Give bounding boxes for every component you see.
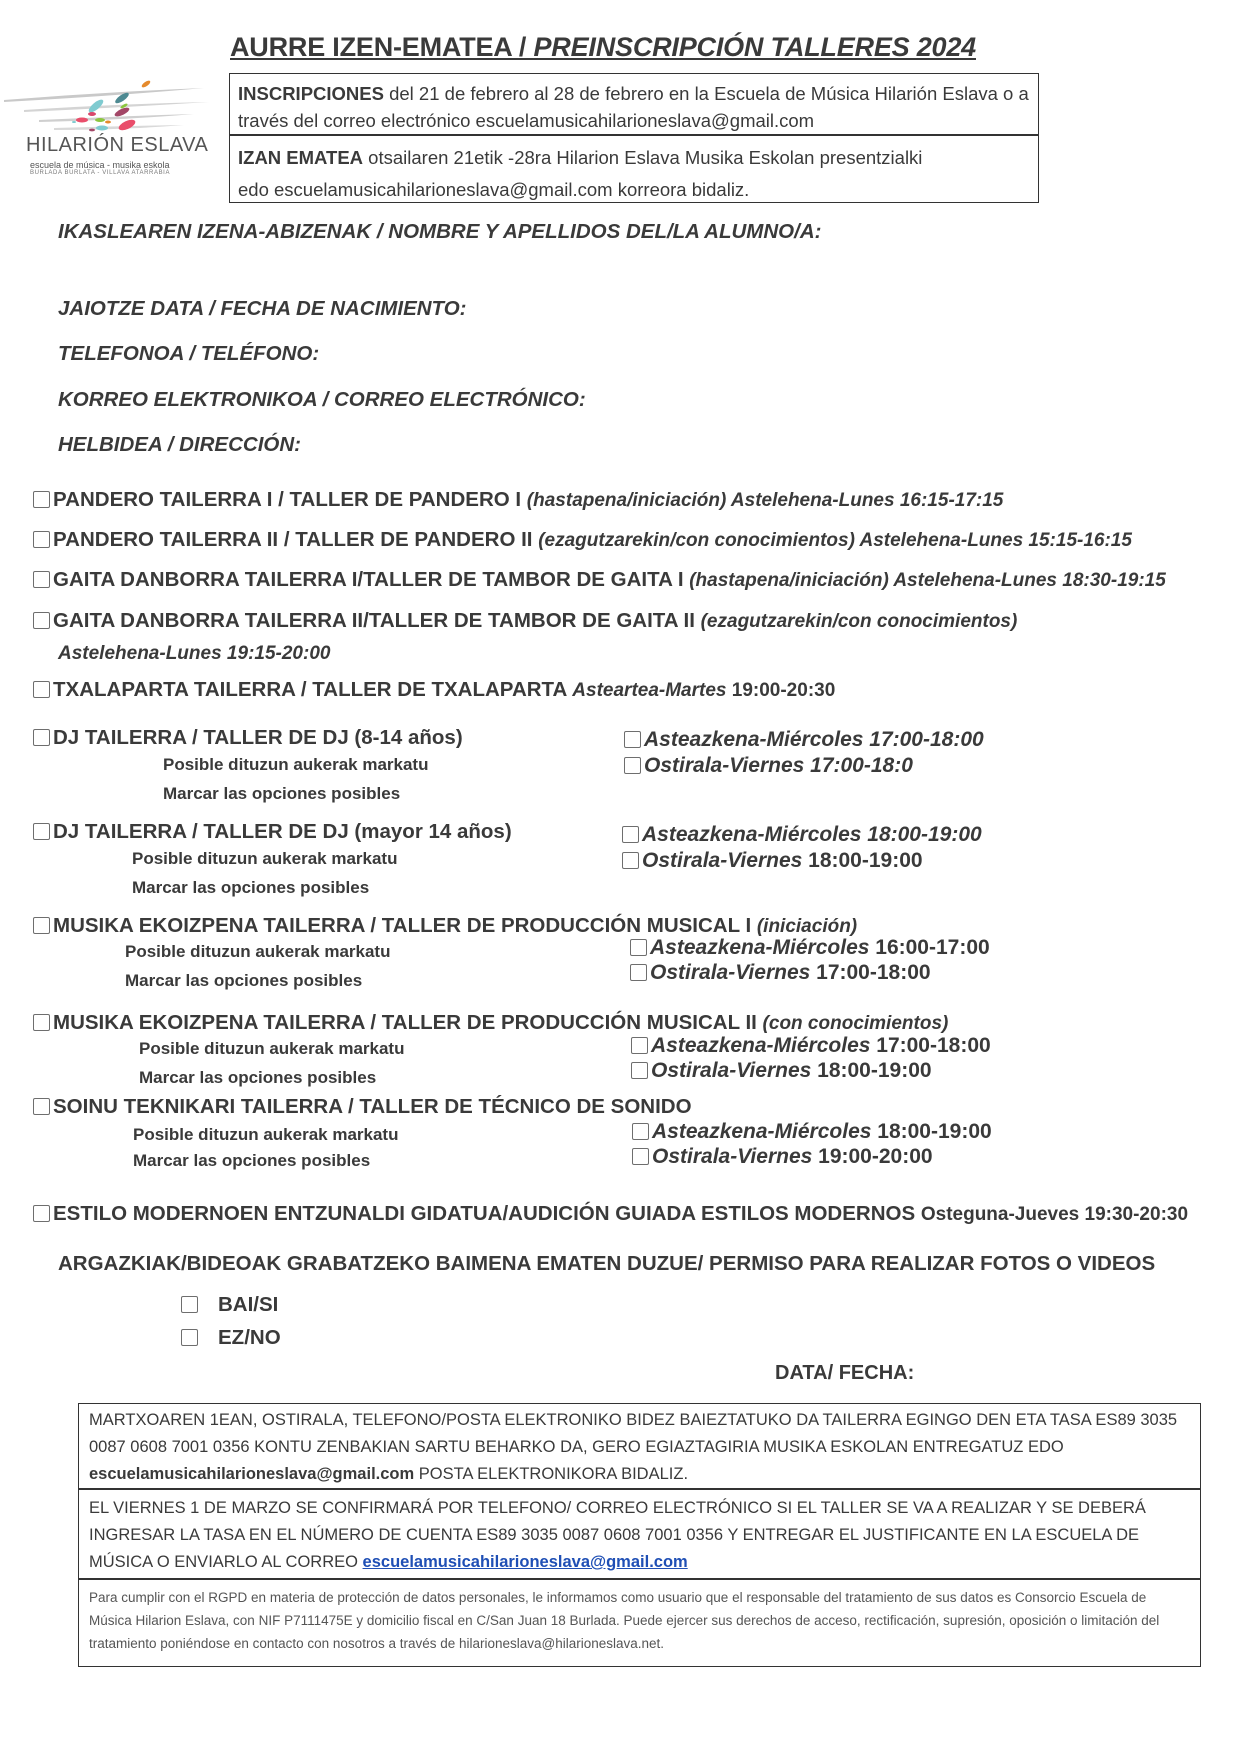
date-field[interactable]: DATA/ FECHA: <box>775 1362 914 1385</box>
checkbox[interactable] <box>33 571 50 588</box>
workshop-title: PANDERO TAILERRA II / TALLER DE PANDERO … <box>53 528 538 551</box>
logo-subtitle: escuela de música - musika eskola <box>30 160 170 170</box>
workshop-production-2: MUSIKA EKOIZPENA TAILERRA / TALLER DE PR… <box>33 1011 948 1035</box>
options-hint-basque: Posible dituzun aukerak markatu <box>163 755 428 775</box>
options-hint-spanish: Marcar las opciones posibles <box>125 971 362 991</box>
email-link[interactable]: escuelamusicahilarioneslava@gmail.com <box>363 1553 688 1571</box>
option-day: Asteazkena-Miércoles <box>650 936 869 959</box>
option-time: 17:00-18:00 <box>870 1034 990 1057</box>
birthdate-field[interactable]: JAIOTZE DATA / FECHA DE NACIMIENTO: <box>58 297 466 321</box>
checkbox[interactable] <box>630 939 647 956</box>
phone-field[interactable]: TELEFONOA / TELÉFONO: <box>58 342 319 366</box>
workshop-level: (hastapena/iniciación) <box>689 570 889 591</box>
workshop-title: PANDERO TAILERRA I / TALLER DE PANDERO I <box>53 488 527 511</box>
workshop-schedule: Astelehena-Lunes 19:15-20:00 <box>58 643 330 664</box>
option-day: Ostirala-Viernes <box>650 961 810 984</box>
option-time: 17:00-18:00 <box>810 961 930 984</box>
permission-no: EZ/NO <box>181 1326 281 1350</box>
workshop-title: ESTILO MODERNOEN ENTZUNALDI GIDATUA/AUDI… <box>53 1202 921 1225</box>
option-friday: Ostirala-Viernes 19:00-20:00 <box>632 1145 933 1169</box>
permission-yes-label: BAI/SI <box>218 1293 278 1316</box>
info-basque-text-1: otsailaren 21etik -28ra Hilarion Eslava … <box>363 147 922 168</box>
options-hint-spanish: Marcar las opciones posibles <box>133 1151 370 1171</box>
checkbox[interactable] <box>631 1037 648 1054</box>
option-wednesday: Asteazkena-Miércoles 18:00-19:00 <box>632 1120 992 1144</box>
options-hint-spanish: Marcar las opciones posibles <box>139 1068 376 1088</box>
workshop-level: (hastapena/iniciación) <box>527 490 727 511</box>
student-name-field[interactable]: IKASLEAREN IZENA-ABIZENAK / NOMBRE Y APE… <box>58 220 821 244</box>
payment-text: MARTXOAREN 1EAN, OSTIRALA, TELEFONO/POST… <box>89 1411 1177 1456</box>
option-friday: Ostirala-Viernes 17:00-18:00 <box>630 961 931 985</box>
checkbox[interactable] <box>622 852 639 869</box>
workshop-title: GAITA DANBORRA TAILERRA II/TALLER DE TAM… <box>53 609 701 632</box>
checkbox[interactable] <box>33 823 50 840</box>
workshop-sound-technician: SOINU TEKNIKARI TAILERRA / TALLER DE TÉC… <box>33 1095 692 1119</box>
title-basque: AURRE IZEN-EMATEA / <box>230 32 534 62</box>
workshop-level: (iniciación) <box>757 916 857 937</box>
photo-permission-question: ARGAZKIAK/BIDEOAK GRABATZEKO BAIMENA EMA… <box>58 1252 1155 1276</box>
checkbox[interactable] <box>33 491 50 508</box>
checkbox[interactable] <box>33 917 50 934</box>
checkbox[interactable] <box>33 1098 50 1115</box>
address-field[interactable]: HELBIDEA / DIRECCIÓN: <box>58 433 301 457</box>
checkbox[interactable] <box>33 681 50 698</box>
workshop-level: (con conocimientos) <box>763 1013 949 1034</box>
option-friday: Ostirala-Viernes 18:00-19:00 <box>631 1059 932 1083</box>
checkbox[interactable] <box>33 1014 50 1031</box>
checkbox[interactable] <box>622 826 639 843</box>
email-field[interactable]: KORREO ELEKTRONIKOA / CORREO ELECTRÓNICO… <box>58 388 586 412</box>
logo-name: HILARIÓN ESLAVA <box>26 134 208 157</box>
checkbox[interactable] <box>632 1148 649 1165</box>
info-spanish-heading: INSCRIPCIONES <box>238 83 384 104</box>
workshop-dj-junior: DJ TAILERRA / TALLER DE DJ (8-14 años) <box>33 726 463 750</box>
payment-info-basque: MARTXOAREN 1EAN, OSTIRALA, TELEFONO/POST… <box>79 1404 1200 1490</box>
checkbox[interactable] <box>33 729 50 746</box>
option-time: 17:00-18:0 <box>804 754 913 777</box>
option-wednesday: Asteazkena-Miércoles 16:00-17:00 <box>630 936 990 960</box>
checkbox[interactable] <box>181 1296 198 1313</box>
workshop-title: SOINU TEKNIKARI TAILERRA / TALLER DE TÉC… <box>53 1095 692 1118</box>
option-day: Ostirala-Viernes <box>644 754 804 777</box>
checkbox[interactable] <box>33 1205 50 1222</box>
info-basque-text-2: edo escuelamusicahilarioneslava@gmail.co… <box>238 174 1030 206</box>
workshop-title: TXALAPARTA TAILERRA / TALLER DE TXALAPAR… <box>53 678 572 701</box>
option-day: Ostirala-Viernes <box>642 849 802 872</box>
option-time: 18:00-19:00 <box>802 849 922 872</box>
option-day: Asteazkena-Miércoles <box>642 823 861 846</box>
option-day: Asteazkena-Miércoles <box>651 1034 870 1057</box>
options-hint-basque: Posible dituzun aukerak markatu <box>132 849 397 869</box>
checkbox[interactable] <box>33 612 50 629</box>
option-time: 18:00-19:00 <box>811 1059 931 1082</box>
option-day: Asteazkena-Miércoles <box>652 1120 871 1143</box>
option-wednesday: Asteazkena-Miércoles 17:00-18:00 <box>631 1034 991 1058</box>
options-hint-spanish: Marcar las opciones posibles <box>163 784 400 804</box>
options-hint-spanish: Marcar las opciones posibles <box>132 878 369 898</box>
workshop-schedule: 19:00-20:30 <box>726 680 835 701</box>
rgpd-notice: Para cumplir con el RGPD en materia de p… <box>79 1582 1200 1666</box>
workshop-level: (ezagutzarekin/con conocimientos) <box>538 530 855 551</box>
options-hint-basque: Posible dituzun aukerak markatu <box>133 1125 398 1145</box>
workshop-title: MUSIKA EKOIZPENA TAILERRA / TALLER DE PR… <box>53 1011 763 1034</box>
option-time: 16:00-17:00 <box>869 936 989 959</box>
checkbox[interactable] <box>632 1123 649 1140</box>
options-hint-basque: Posible dituzun aukerak markatu <box>125 942 390 962</box>
checkbox[interactable] <box>624 757 641 774</box>
permission-yes: BAI/SI <box>181 1293 278 1317</box>
workshop-txalaparta: TXALAPARTA TAILERRA / TALLER DE TXALAPAR… <box>33 678 835 702</box>
workshop-title: MUSIKA EKOIZPENA TAILERRA / TALLER DE PR… <box>53 914 757 937</box>
option-time: 18:00-19:00 <box>871 1120 991 1143</box>
checkbox[interactable] <box>33 531 50 548</box>
logo-locations: BURLADA BURLATA - VILLAVA ATARRABIA <box>30 170 170 176</box>
registration-info-box: INSCRIPCIONES del 21 de febrero al 28 de… <box>229 73 1039 203</box>
workshop-schedule: Osteguna-Jueves 19:30-20:30 <box>921 1204 1188 1225</box>
email-text: escuelamusicahilarioneslava@gmail.com <box>89 1465 414 1483</box>
workshop-modern-styles-audition: ESTILO MODERNOEN ENTZUNALDI GIDATUA/AUDI… <box>33 1202 1188 1226</box>
info-spanish: INSCRIPCIONES del 21 de febrero al 28 de… <box>230 74 1038 136</box>
workshop-title: GAITA DANBORRA TAILERRA I/TALLER DE TAMB… <box>53 568 689 591</box>
title-spanish: PREINSCRIPCIÓN TALLERES 2024 <box>534 32 977 62</box>
option-time: 18:00-19:00 <box>861 823 981 846</box>
payment-text: POSTA ELEKTRONIKORA BIDALIZ. <box>414 1465 688 1483</box>
option-day: Asteazkena-Miércoles <box>644 728 863 751</box>
page-title: AURRE IZEN-EMATEA / PREINSCRIPCIÓN TALLE… <box>230 32 976 63</box>
workshop-day: Asteartea-Martes <box>572 680 726 701</box>
checkbox[interactable] <box>624 731 641 748</box>
checkbox[interactable] <box>630 964 647 981</box>
workshop-schedule: Astelehena-Lunes 18:30-19:15 <box>889 570 1166 591</box>
option-time: 19:00-20:00 <box>812 1145 932 1168</box>
option-time: 17:00-18:00 <box>863 728 983 751</box>
permission-no-label: EZ/NO <box>218 1326 281 1349</box>
workshop-title: DJ TAILERRA / TALLER DE DJ (mayor 14 año… <box>53 820 512 843</box>
option-wednesday: Asteazkena-Miércoles 18:00-19:00 <box>622 823 982 847</box>
workshop-dj-senior: DJ TAILERRA / TALLER DE DJ (mayor 14 año… <box>33 820 512 844</box>
option-wednesday: Asteazkena-Miércoles 17:00-18:00 <box>624 728 984 752</box>
workshop-schedule: Astelehena-Lunes 16:15-17:15 <box>726 490 1003 511</box>
option-friday: Ostirala-Viernes 18:00-19:00 <box>622 849 923 873</box>
workshop-level: (ezagutzarekin/con conocimientos) <box>701 611 1018 632</box>
workshop-pandero-1: PANDERO TAILERRA I / TALLER DE PANDERO I… <box>33 488 1003 512</box>
workshop-production-1: MUSIKA EKOIZPENA TAILERRA / TALLER DE PR… <box>33 914 857 938</box>
checkbox[interactable] <box>181 1329 198 1346</box>
info-basque: IZAN EMATEA otsailaren 21etik -28ra Hila… <box>230 138 1038 202</box>
workshop-gaita-1: GAITA DANBORRA TAILERRA I/TALLER DE TAMB… <box>33 568 1166 592</box>
workshop-gaita-2-schedule: Astelehena-Lunes 19:15-20:00 <box>58 641 330 665</box>
checkbox[interactable] <box>631 1062 648 1079</box>
workshop-gaita-2: GAITA DANBORRA TAILERRA II/TALLER DE TAM… <box>33 609 1017 633</box>
workshop-schedule: Astelehena-Lunes 15:15-16:15 <box>855 530 1132 551</box>
workshop-pandero-2: PANDERO TAILERRA II / TALLER DE PANDERO … <box>33 528 1132 552</box>
option-friday: Ostirala-Viernes 17:00-18:0 <box>624 754 913 778</box>
workshop-title: DJ TAILERRA / TALLER DE DJ (8-14 años) <box>53 726 463 749</box>
payment-info-box: MARTXOAREN 1EAN, OSTIRALA, TELEFONO/POST… <box>78 1403 1201 1667</box>
info-basque-heading: IZAN EMATEA <box>238 147 363 168</box>
option-day: Ostirala-Viernes <box>652 1145 812 1168</box>
options-hint-basque: Posible dituzun aukerak markatu <box>139 1039 404 1059</box>
option-day: Ostirala-Viernes <box>651 1059 811 1082</box>
payment-info-spanish: EL VIERNES 1 DE MARZO SE CONFIRMARÁ POR … <box>79 1492 1200 1580</box>
